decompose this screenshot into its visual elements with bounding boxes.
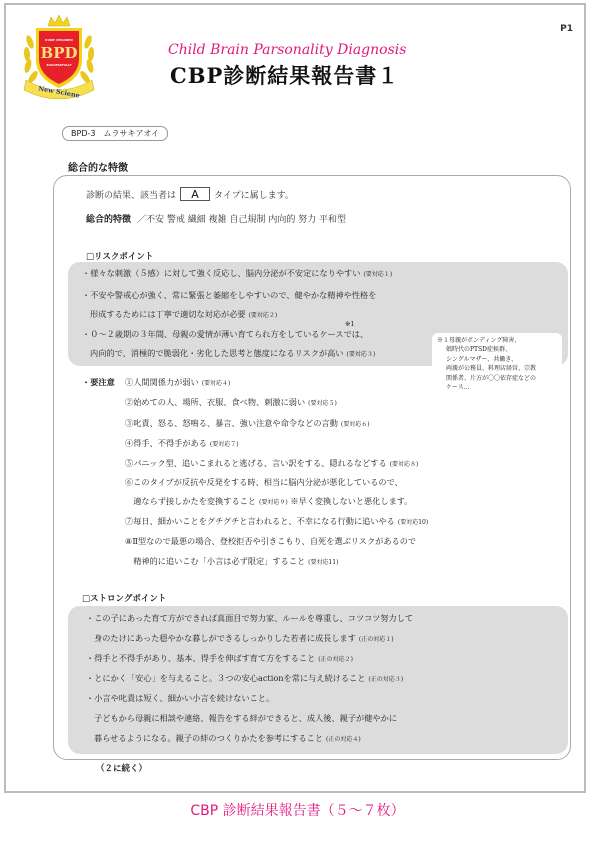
caution-item: ⑥このタイプが反抗や反発をする時、相当に脳内分泌が悪化しているので、 xyxy=(125,477,403,488)
result-suffix: タイプに属します。 xyxy=(214,188,294,201)
traits-label: 総合的特徴 xyxy=(86,215,131,225)
strong-points-heading: □ストロングポイント xyxy=(82,592,166,604)
footnote-box: ※１母親がボンディング障害、 娘時代のPTSD症候群、 シングルマザー、共働き、… xyxy=(432,333,562,399)
risk-line: ・０～２歳期の３年間、母親の愛情が薄い育てられ方をしているケースでは、 xyxy=(82,329,368,340)
footer-caption: CBP 診断結果報告書（５～７枚） xyxy=(0,800,595,820)
risk-points-heading: □リスクポイント xyxy=(86,250,153,262)
bpd-logo: RUNE CHILDREN BPD SUCCESSFULLY New Scien… xyxy=(20,12,98,102)
risk-line: 内向的で、消極的で脆弱化・劣化した思考と態度になるリスクが高い(要対応３) xyxy=(90,348,375,359)
risk-line: 形成するためには丁寧で適切な対応が必要(要対応２) xyxy=(90,309,277,320)
traits-list: ／不安 警戒 繊細 複雑 自己規制 内向的 努力 平和型 xyxy=(137,215,346,225)
strong-line: ・とにかく「安心」を与えること。３つの安心actionを常に与え続けること(正の… xyxy=(86,673,403,684)
type-value-box: A xyxy=(180,187,210,201)
report-title-en: Child Brain Parsonality Diagnosis xyxy=(168,42,406,58)
strong-line: ・得手と不得手があり、基本、得手を伸ばす育て方をすること(正の対応２) xyxy=(86,653,353,664)
subject-code: BPD-3 xyxy=(71,127,95,140)
footnote-mark: ※1 xyxy=(345,320,355,328)
svg-text:SUCCESSFULLY: SUCCESSFULLY xyxy=(46,63,72,67)
caution-item: ③叱責、怒る、怒鳴る、暴言、強い注意や命令などの言動(要対応６) xyxy=(125,418,370,429)
strong-line: ・この子にあった育て方ができれば真面目で努力家、ルールを尊重し、コツコツ努力して xyxy=(86,613,413,624)
continue-note: （２に続く） xyxy=(96,762,147,774)
strong-line: 暮らせるようになる。親子の絆のつくりかたを参考にすること(正の対応４) xyxy=(94,733,361,744)
caution-item: 精神的に追いこむ「小言は必ず限定」すること(要対応11) xyxy=(125,556,338,567)
overall-traits-line: 総合的特徴／不安 警戒 繊細 複雑 自己規制 内向的 努力 平和型 xyxy=(86,212,346,225)
diagnosis-result-line: 診断の結果、該当者は A タイプに属します。 xyxy=(86,187,294,201)
section-title-overall: 総合的な特徴 xyxy=(68,159,128,174)
page-number: P1 xyxy=(560,24,573,34)
risk-line: ・不安や警戒心が強く、常に緊張と萎縮をしやすいので、健やかな精神や性格を xyxy=(82,290,376,301)
subject-id-badge: BPD-3 ムラサキアオイ xyxy=(62,126,168,141)
strong-line: 身のたけにあった穏やかな暮しができるしっかりした若者に成長します(正の対応１) xyxy=(94,633,394,644)
laurel-shield-icon: RUNE CHILDREN BPD SUCCESSFULLY New Scien… xyxy=(20,12,98,102)
caution-item: ⑤パニック型、追いこまれると逃げる、言い訳をする、隠れるなどする(要対応８) xyxy=(125,458,418,469)
strong-line: 子どもから母親に相談や連絡、報告をする絆ができると、成人後、親子が健やかに xyxy=(94,713,397,724)
caution-item: ⑧Ⅱ型なので最悪の場合、登校拒否や引きこもり、自死を選ぶリスクがあるので xyxy=(125,536,416,547)
subject-name: ムラサキアオイ xyxy=(103,127,159,140)
caution-item: ①人間関係力が弱い(要対応４) xyxy=(125,377,230,388)
strong-line: ・小言や叱責は短く、細かい小言を続けないこと。 xyxy=(86,693,274,704)
result-prefix: 診断の結果、該当者は xyxy=(86,188,176,201)
caution-item: 適ならず接しかたを変換すること(要対応９) ※早く変換しないと悪化します。 xyxy=(125,496,412,507)
risk-line: ・様々な刺激（５感）に対して強く反応し、脳内分泌が不安定になりやすい(要対応１) xyxy=(82,268,392,279)
caution-label: ・要注意 xyxy=(82,377,115,388)
svg-text:RUNE CHILDREN: RUNE CHILDREN xyxy=(45,38,73,42)
caution-item: ⑦毎日、細かいことをグチグチと言われると、不幸になる行動に追いやる(要対応10) xyxy=(125,516,428,527)
svg-text:BPD: BPD xyxy=(41,44,78,62)
caution-item: ②始めての人、場所、衣服、食べ物、刺激に弱い(要対応５) xyxy=(125,397,337,408)
report-title-jp: CBP診断結果報告書１ xyxy=(170,60,399,90)
caution-item: ④得手、不得手がある(要対応７) xyxy=(125,438,239,449)
